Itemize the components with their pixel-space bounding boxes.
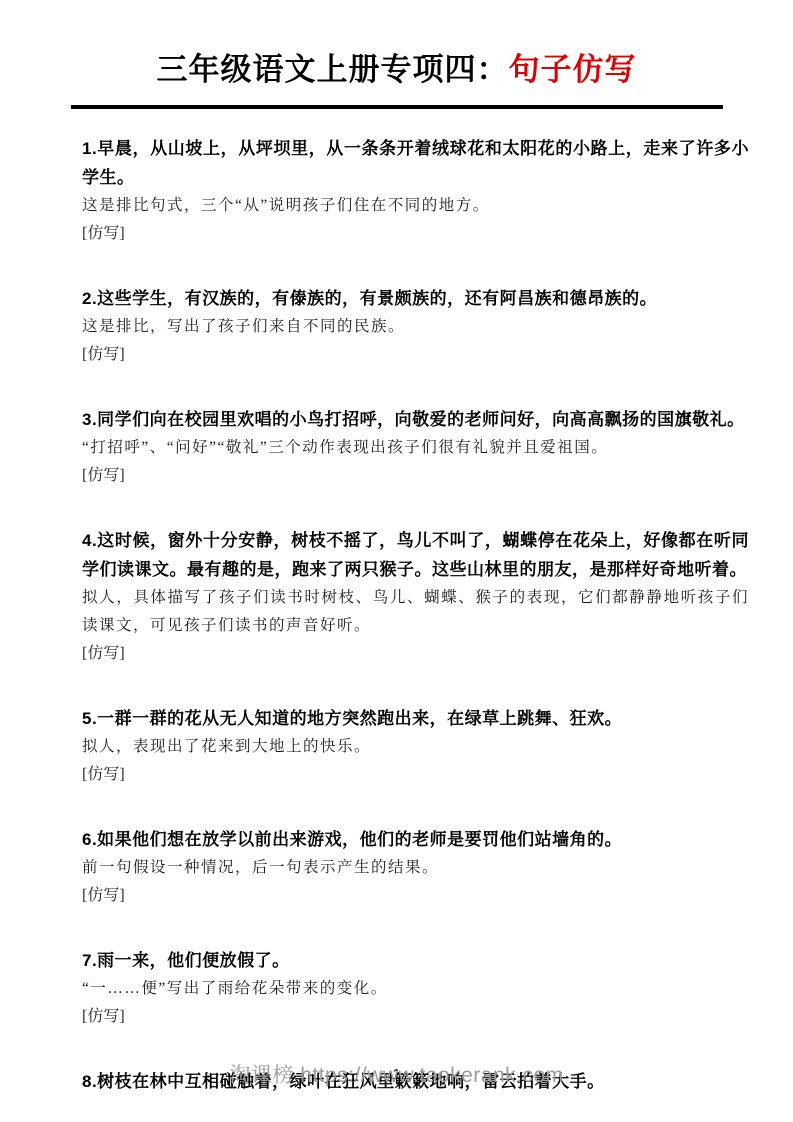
question-text: 1.早晨，从山坡上，从坪坝里，从一条条开着绒球花和太阳花的小路上，走来了许多小学… [82,134,749,192]
question-item: 7.雨一来，他们便放假了。 “一……便”写出了雨给花朵带来的变化。 [仿写] [82,946,749,1031]
question-text: 5.一群一群的花从无人知道的地方突然跑出来，在绿草上跳舞、狂欢。 [82,704,749,733]
question-text: 2.这些学生，有汉族的，有傣族的，有景颇族的，还有阿昌族和德昂族的。 [82,284,749,313]
page-title-black: 三年级语文上册专项四： [157,52,509,87]
imitate-label: [仿写] [82,1003,749,1031]
analysis-note: 这是排比句式，三个“从”说明孩子们住在不同的地方。 [82,192,749,220]
question-text: 3.同学们向在校园里欢唱的小鸟打招呼，向敬爱的老师问好，向高高飘扬的国旗敬礼。 [82,405,749,434]
question-item: 3.同学们向在校园里欢唱的小鸟打招呼，向敬爱的老师问好，向高高飘扬的国旗敬礼。 … [82,405,749,490]
analysis-note: 拟人，具体描写了孩子们读书时树枝、鸟儿、蝴蝶、猴子的表现，它们都静静地听孩子们读… [82,584,749,640]
worksheet-page: 三年级语文上册专项四：句子仿写 1.早晨，从山坡上，从坪坝里，从一条条开着绒球花… [0,0,793,1122]
page-title-accent: 句子仿写 [509,52,637,87]
imitate-label: [仿写] [82,220,749,248]
watermark-text: 淘课榜 https://www.taokerank.com [229,1059,563,1089]
imitate-label: [仿写] [82,761,749,789]
document-header: 三年级语文上册专项四：句子仿写 [0,0,793,109]
analysis-note: 这是排比，写出了孩子们来自不同的民族。 [82,313,749,341]
analysis-note: “一……便”写出了雨给花朵带来的变化。 [82,975,749,1003]
analysis-note: 拟人，表现出了花来到大地上的快乐。 [82,733,749,761]
question-text: 4.这时候，窗外十分安静，树枝不摇了，鸟儿不叫了，蝴蝶停在花朵上，好像都在听同学… [82,526,749,584]
question-item: 2.这些学生，有汉族的，有傣族的，有景颇族的，还有阿昌族和德昂族的。 这是排比，… [82,284,749,369]
question-item: 1.早晨，从山坡上，从坪坝里，从一条条开着绒球花和太阳花的小路上，走来了许多小学… [82,134,749,248]
question-item: 5.一群一群的花从无人知道的地方突然跑出来，在绿草上跳舞、狂欢。 拟人，表现出了… [82,704,749,789]
imitate-label: [仿写] [82,341,749,369]
analysis-note: 前一句假设一种情况，后一句表示产生的结果。 [82,854,749,882]
analysis-note: “打招呼”、“问好”“敬礼”三个动作表现出孩子们很有礼貌并且爱祖国。 [82,434,749,462]
imitate-label: [仿写] [82,882,749,910]
question-item: 4.这时候，窗外十分安静，树枝不摇了，鸟儿不叫了，蝴蝶停在花朵上，好像都在听同学… [82,526,749,668]
question-text: 7.雨一来，他们便放假了。 [82,946,749,975]
question-item: 6.如果他们想在放学以前出来游戏，他们的老师是要罚他们站墙角的。 前一句假设一种… [82,825,749,910]
page-title: 三年级语文上册专项四：句子仿写 [0,50,793,90]
question-list: 1.早晨，从山坡上，从坪坝里，从一条条开着绒球花和太阳花的小路上，走来了许多小学… [0,109,793,1096]
imitate-label: [仿写] [82,640,749,668]
imitate-label: [仿写] [82,462,749,490]
page-footer: 1 淘课榜 https://www.taokerank.com [0,1058,793,1098]
question-text: 6.如果他们想在放学以前出来游戏，他们的老师是要罚他们站墙角的。 [82,825,749,854]
